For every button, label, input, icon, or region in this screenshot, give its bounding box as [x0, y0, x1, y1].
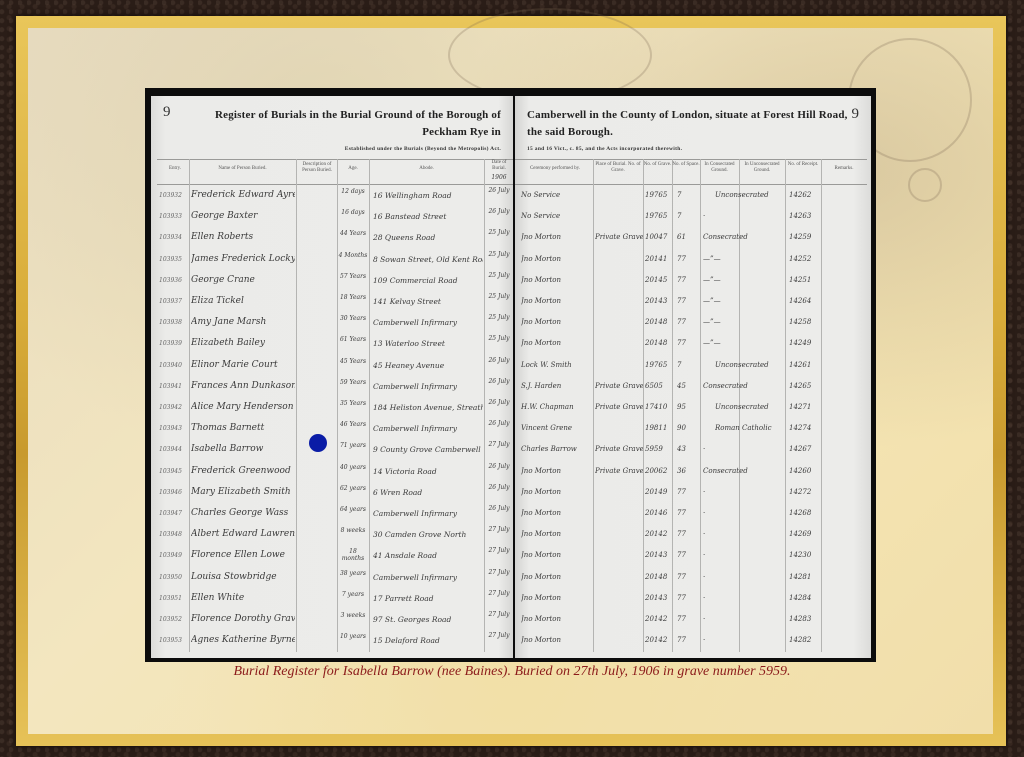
abode: 6 Wren Road [373, 488, 483, 497]
age: 64 years [338, 506, 368, 513]
register-book-scan: 9 Register of Burials in the Burial Grou… [145, 88, 876, 662]
space-number: 7 [677, 361, 699, 369]
space-number: 77 [677, 488, 699, 496]
ceremony-performed-by: Lock W. Smith [521, 361, 593, 369]
table-row: Jno Morton 20143 77 · 14284 [515, 589, 871, 608]
person-name: Louisa Stowbridge [191, 572, 295, 582]
abode: Camberwell Infirmary [373, 382, 483, 391]
table-row: Jno Morton 20142 77 · 14269 [515, 525, 871, 544]
ground-type: —”— [703, 318, 783, 326]
burial-date: 27 July [485, 632, 513, 640]
grave-number: 20143 [645, 551, 672, 559]
abode: Camberwell Infirmary [373, 509, 483, 518]
ground-type: Unconsecrated [715, 361, 795, 369]
ground-type: · [703, 488, 783, 496]
abode: 141 Kelvay Street [373, 297, 483, 306]
abode: 17 Parrett Road [373, 594, 483, 603]
person-name: Ellen White [191, 593, 295, 603]
ceremony-performed-by: Vincent Grene [521, 424, 593, 432]
ground-type: —”— [703, 276, 783, 284]
table-row: No Service 19765 7 · 14263 [515, 207, 871, 226]
person-name: Mary Elizabeth Smith [191, 487, 295, 497]
column-header-unconsecrated: In Unconsecrated Ground. [739, 162, 785, 174]
right-page: Camberwell in the County of London, situ… [515, 96, 871, 658]
receipt-number: 14230 [789, 551, 821, 559]
burial-date: 26 July [485, 357, 513, 365]
entry-number: 103953 [159, 637, 189, 644]
table-row: 103952 Florence Dorothy Graveman 3 weeks… [151, 610, 513, 629]
age: 62 years [338, 485, 368, 492]
entry-number: 103938 [159, 319, 189, 326]
place-of-burial: Private Grave [595, 233, 643, 241]
ground-type: —”— [703, 339, 783, 347]
ceremony-performed-by: Jno Morton [521, 615, 593, 623]
burial-date: 27 July [485, 590, 513, 598]
abode: 8 Sowan Street, Old Kent Road [373, 255, 483, 264]
entry-number: 103945 [159, 468, 189, 475]
age: 40 years [338, 464, 368, 471]
column-header-description: Description of Person Buried. [298, 162, 336, 174]
burial-date: 25 July [485, 229, 513, 237]
header-rule [515, 184, 867, 185]
burial-date: 26 July [485, 484, 513, 492]
column-header-remarks: Remarks. [821, 166, 867, 172]
table-row: Vincent Grene 19811 90 Roman Catholic 14… [515, 419, 871, 438]
grave-number: 19811 [645, 424, 672, 432]
burial-date: 27 July [485, 611, 513, 619]
space-number: 77 [677, 615, 699, 623]
table-row: 103936 George Crane 57 Years 109 Commerc… [151, 271, 513, 290]
table-row: 103933 George Baxter 16 days 16 Banstead… [151, 207, 513, 226]
grave-number: 20142 [645, 615, 672, 623]
ceremony-performed-by: Jno Morton [521, 467, 593, 475]
left-page: 9 Register of Burials in the Burial Grou… [151, 96, 513, 658]
column-header-grave: No. of Grave. [643, 162, 672, 168]
burial-date: 25 July [485, 335, 513, 343]
grave-number: 20062 [645, 467, 672, 475]
table-row: 103945 Frederick Greenwood 40 years 14 V… [151, 462, 513, 481]
abode: 97 St. Georges Road [373, 615, 483, 624]
space-number: 7 [677, 191, 699, 199]
receipt-number: 14260 [789, 467, 821, 475]
entry-number: 103939 [159, 340, 189, 347]
grave-number: 19765 [645, 212, 672, 220]
ground-type: —”— [703, 297, 783, 305]
person-name: Isabella Barrow [191, 444, 295, 454]
entry-number: 103940 [159, 362, 189, 369]
age: 35 Years [338, 400, 368, 407]
receipt-number: 14259 [789, 233, 821, 241]
table-row: S.J. Harden Private Grave 6505 45 Consec… [515, 377, 871, 396]
ceremony-performed-by: H.W. Chapman [521, 403, 593, 411]
abode: 9 County Grove Camberwell [373, 445, 483, 454]
person-name: Frederick Greenwood [191, 466, 295, 476]
receipt-number: 14283 [789, 615, 821, 623]
age: 38 years [338, 570, 368, 577]
abode: 184 Heliston Avenue, Streatham [373, 403, 483, 412]
table-row: H.W. Chapman Private Grave 17410 95 Unco… [515, 398, 871, 417]
burial-date: 27 July [485, 526, 513, 534]
abode: 14 Victoria Road [373, 467, 483, 476]
entry-number: 103952 [159, 616, 189, 623]
space-number: 77 [677, 573, 699, 581]
receipt-number: 14264 [789, 297, 821, 305]
ground-type: Unconsecrated [715, 191, 795, 199]
ceremony-performed-by: Jno Morton [521, 530, 593, 538]
receipt-number: 14272 [789, 488, 821, 496]
grave-number: 20141 [645, 255, 672, 263]
entry-number: 103942 [159, 404, 189, 411]
page-number: 9 [163, 104, 171, 121]
table-row: No Service 19765 7 Unconsecrated 14262 [515, 186, 871, 205]
space-number: 61 [677, 233, 699, 241]
ground-type: Consecrated [703, 233, 783, 241]
entry-number: 103932 [159, 192, 189, 199]
ceremony-performed-by: Jno Morton [521, 488, 593, 496]
grave-number: 20148 [645, 573, 672, 581]
header-rule [515, 159, 867, 160]
entry-number: 103941 [159, 383, 189, 390]
space-number: 77 [677, 636, 699, 644]
grave-number: 10047 [645, 233, 672, 241]
ground-type: Consecrated [703, 467, 783, 475]
abode: Camberwell Infirmary [373, 318, 483, 327]
grave-number: 6505 [645, 382, 672, 390]
person-name: George Crane [191, 275, 295, 285]
ceremony-performed-by: Jno Morton [521, 255, 593, 263]
age: 44 Years [338, 230, 368, 237]
person-name: Albert Edward Lawrence [191, 529, 295, 539]
table-row: Jno Morton 20148 77 —”— 14249 [515, 334, 871, 353]
ceremony-performed-by: Jno Morton [521, 276, 593, 284]
register-title-cont-line2: the said Borough. [527, 126, 613, 138]
age: 8 weeks [338, 527, 368, 534]
entry-number: 103944 [159, 446, 189, 453]
abode: 45 Heaney Avenue [373, 361, 483, 370]
table-row: Jno Morton 20148 77 · 14281 [515, 568, 871, 587]
ground-type: · [703, 530, 783, 538]
person-name: Charles George Wass [191, 508, 295, 518]
grave-number: 20145 [645, 276, 672, 284]
place-of-burial: Private Grave [595, 445, 643, 453]
column-header-ceremony: Ceremony performed by. [517, 166, 593, 172]
year-label: 1906 [485, 174, 513, 182]
burial-date: 26 July [485, 463, 513, 471]
person-name: Thomas Barnett [191, 423, 295, 433]
grave-number: 20143 [645, 297, 672, 305]
table-row: Jno Morton 20149 77 · 14272 [515, 483, 871, 502]
ceremony-performed-by: Jno Morton [521, 594, 593, 602]
space-number: 45 [677, 382, 699, 390]
decorative-swirl [908, 168, 942, 202]
person-name: Frances Ann Dunkason [191, 381, 295, 391]
space-number: 77 [677, 276, 699, 284]
burial-date: 27 July [485, 569, 513, 577]
table-row: Lock W. Smith 19765 7 Unconsecrated 1426… [515, 356, 871, 375]
person-name: Florence Dorothy Graveman [191, 614, 295, 624]
ceremony-performed-by: Jno Morton [521, 636, 593, 644]
abode: 28 Queens Road [373, 233, 483, 242]
table-row: 103940 Elinor Marie Court 45 Years 45 He… [151, 356, 513, 375]
ceremony-performed-by: Jno Morton [521, 339, 593, 347]
age: 30 Years [338, 315, 368, 322]
table-row: Jno Morton 20142 77 · 14283 [515, 610, 871, 629]
abode: Camberwell Infirmary [373, 573, 483, 582]
space-number: 77 [677, 297, 699, 305]
column-header-age: Age. [337, 166, 369, 172]
age: 4 Months [338, 252, 368, 259]
grave-number: 20143 [645, 594, 672, 602]
ground-type: Unconsecrated [715, 403, 795, 411]
burial-date: 26 July [485, 505, 513, 513]
space-number: 77 [677, 339, 699, 347]
receipt-number: 14274 [789, 424, 821, 432]
receipt-number: 14269 [789, 530, 821, 538]
table-row: 103934 Ellen Roberts 44 Years 28 Queens … [151, 228, 513, 247]
table-row: 103938 Amy Jane Marsh 30 Years Camberwel… [151, 313, 513, 332]
person-name: James Frederick Lockyer [191, 254, 295, 264]
burial-date: 25 July [485, 251, 513, 259]
ceremony-performed-by: No Service [521, 191, 593, 199]
grave-number: 20142 [645, 530, 672, 538]
burial-date: 26 July [485, 187, 513, 195]
table-row: 103951 Ellen White 7 years 17 Parrett Ro… [151, 589, 513, 608]
table-row: 103932 Frederick Edward Ayres 12 days 16… [151, 186, 513, 205]
person-name: Eliza Tickel [191, 296, 295, 306]
grave-number: 20142 [645, 636, 672, 644]
receipt-number: 14282 [789, 636, 821, 644]
person-name: Elizabeth Bailey [191, 338, 295, 348]
ceremony-performed-by: No Service [521, 212, 593, 220]
space-number: 95 [677, 403, 699, 411]
header-rule [157, 159, 513, 160]
person-name: Elinor Marie Court [191, 360, 295, 370]
space-number: 77 [677, 530, 699, 538]
entry-number: 103948 [159, 531, 189, 538]
table-row: 103947 Charles George Wass 64 years Camb… [151, 504, 513, 523]
person-name: Agnes Katherine Byrne [191, 635, 295, 645]
ceremony-performed-by: Charles Barrow [521, 445, 593, 453]
burial-date: 26 July [485, 208, 513, 216]
grave-number: 5959 [645, 445, 672, 453]
ground-type: Roman Catholic [715, 424, 795, 432]
table-row: 103953 Agnes Katherine Byrne 10 years 15… [151, 631, 513, 650]
ground-type: · [703, 594, 783, 602]
abode: 30 Camden Grove North [373, 530, 483, 539]
space-number: 36 [677, 467, 699, 475]
burial-date: 25 July [485, 293, 513, 301]
grave-number: 20149 [645, 488, 672, 496]
age: 46 Years [338, 421, 368, 428]
age: 7 years [338, 591, 368, 598]
ceremony-performed-by: Jno Morton [521, 551, 593, 559]
register-title-line1: Register of Burials in the Burial Ground… [215, 109, 501, 121]
person-name: George Baxter [191, 211, 295, 221]
entry-number: 103950 [159, 574, 189, 581]
column-header-space: No. of Space. [672, 162, 700, 168]
receipt-number: 14258 [789, 318, 821, 326]
space-number: 77 [677, 551, 699, 559]
space-number: 77 [677, 255, 699, 263]
age: 18 months [338, 548, 368, 562]
age: 10 years [338, 633, 368, 640]
receipt-number: 14268 [789, 509, 821, 517]
receipt-number: 14284 [789, 594, 821, 602]
entry-number: 103934 [159, 234, 189, 241]
register-act-reference: 15 and 16 Vict., c. 85, and the Acts inc… [527, 146, 682, 152]
table-row: 103941 Frances Ann Dunkason 59 Years Cam… [151, 377, 513, 396]
abode: 13 Waterloo Street [373, 339, 483, 348]
ground-type: —”— [703, 255, 783, 263]
ceremony-performed-by: Jno Morton [521, 297, 593, 305]
receipt-number: 14267 [789, 445, 821, 453]
table-row: Jno Morton 20143 77 · 14230 [515, 546, 871, 565]
age: 59 Years [338, 379, 368, 386]
space-number: 43 [677, 445, 699, 453]
receipt-number: 14271 [789, 403, 821, 411]
burial-date: 26 July [485, 378, 513, 386]
ceremony-performed-by: Jno Morton [521, 318, 593, 326]
receipt-number: 14252 [789, 255, 821, 263]
person-name: Amy Jane Marsh [191, 317, 295, 327]
column-header-consecrated: In Consecrated Ground. [700, 162, 739, 174]
receipt-number: 14249 [789, 339, 821, 347]
burial-date: 26 July [485, 420, 513, 428]
abode: 16 Banstead Street [373, 212, 483, 221]
table-row: 103946 Mary Elizabeth Smith 62 years 6 W… [151, 483, 513, 502]
grave-number: 20146 [645, 509, 672, 517]
space-number: 77 [677, 509, 699, 517]
space-number: 77 [677, 318, 699, 326]
page-number: 9 [852, 106, 860, 123]
table-row: Jno Morton 20146 77 · 14268 [515, 504, 871, 523]
table-row: Jno Morton Private Grave 20062 36 Consec… [515, 462, 871, 481]
age: 71 years [338, 442, 368, 449]
header-rule [157, 184, 513, 185]
ground-type: · [703, 445, 783, 453]
entry-number: 103951 [159, 595, 189, 602]
table-row: 103939 Elizabeth Bailey 61 Years 13 Wate… [151, 334, 513, 353]
receipt-number: 14261 [789, 361, 821, 369]
table-row: 103935 James Frederick Lockyer 4 Months … [151, 250, 513, 269]
place-of-burial: Private Grave [595, 382, 643, 390]
table-row: 103948 Albert Edward Lawrence 8 weeks 30… [151, 525, 513, 544]
highlight-marker-dot [309, 434, 327, 452]
table-row: 103942 Alice Mary Henderson 35 Years 184… [151, 398, 513, 417]
receipt-number: 14262 [789, 191, 821, 199]
age: 45 Years [338, 358, 368, 365]
abode: 41 Ansdale Road [373, 551, 483, 560]
space-number: 77 [677, 594, 699, 602]
receipt-number: 14281 [789, 573, 821, 581]
burial-date: 27 July [485, 441, 513, 449]
entry-number: 103936 [159, 277, 189, 284]
ground-type: · [703, 615, 783, 623]
column-header-date: Date of Burial. [485, 160, 513, 172]
abode: 15 Delaford Road [373, 636, 483, 645]
column-header-abode: Abode. [369, 166, 484, 172]
age: 61 Years [338, 336, 368, 343]
burial-date: 26 July [485, 399, 513, 407]
burial-date: 27 July [485, 547, 513, 555]
grave-number: 20148 [645, 339, 672, 347]
column-header-entry: Entry. [161, 166, 189, 172]
table-row: 103937 Eliza Tickel 18 Years 141 Kelvay … [151, 292, 513, 311]
ground-type: · [703, 573, 783, 581]
age: 12 days [338, 188, 368, 195]
ground-type: · [703, 212, 783, 220]
register-title-cont-line1: Camberwell in the County of London, situ… [527, 109, 848, 121]
grave-number: 17410 [645, 403, 672, 411]
register-title-line2: Peckham Rye in [422, 126, 501, 138]
entry-number: 103949 [159, 552, 189, 559]
ground-type: · [703, 636, 783, 644]
ceremony-performed-by: Jno Morton [521, 233, 593, 241]
age: 3 weeks [338, 612, 368, 619]
person-name: Florence Ellen Lowe [191, 550, 295, 560]
person-name: Frederick Edward Ayres [191, 190, 295, 200]
table-row: 103943 Thomas Barnett 46 Years Camberwel… [151, 419, 513, 438]
receipt-number: 14263 [789, 212, 821, 220]
ground-type: · [703, 551, 783, 559]
ground-type: Consecrated [703, 382, 783, 390]
receipt-number: 14251 [789, 276, 821, 284]
abode: 109 Commercial Road [373, 276, 483, 285]
grave-number: 19765 [645, 191, 672, 199]
age: 16 days [338, 209, 368, 216]
entry-number: 103933 [159, 213, 189, 220]
ceremony-performed-by: Jno Morton [521, 573, 593, 581]
grave-number: 19765 [645, 361, 672, 369]
image-caption: Burial Register for Isabella Barrow (nee… [0, 664, 1024, 680]
table-row: Jno Morton 20145 77 —”— 14251 [515, 271, 871, 290]
age: 57 Years [338, 273, 368, 280]
receipt-number: 14265 [789, 382, 821, 390]
ceremony-performed-by: Jno Morton [521, 509, 593, 517]
person-name: Ellen Roberts [191, 232, 295, 242]
table-row: Jno Morton 20148 77 —”— 14258 [515, 313, 871, 332]
place-of-burial: Private Grave [595, 403, 643, 411]
entry-number: 103943 [159, 425, 189, 432]
table-row: 103944 Isabella Barrow 71 years 9 County… [151, 440, 513, 459]
entry-number: 103937 [159, 298, 189, 305]
table-row: Jno Morton 20143 77 —”— 14264 [515, 292, 871, 311]
ceremony-performed-by: S.J. Harden [521, 382, 593, 390]
table-row: 103949 Florence Ellen Lowe 18 months 41 … [151, 546, 513, 565]
table-row: Jno Morton 20141 77 —”— 14252 [515, 250, 871, 269]
register-subtitle: Established under the Burials (Beyond th… [345, 146, 501, 152]
ground-type: · [703, 509, 783, 517]
column-header-name: Name of Person Buried. [189, 166, 296, 172]
entry-number: 103935 [159, 256, 189, 263]
column-header-receipt: No. of Receipt. [785, 162, 821, 168]
entry-number: 103946 [159, 489, 189, 496]
burial-date: 25 July [485, 272, 513, 280]
abode: 16 Wellingham Road [373, 191, 483, 200]
place-of-burial: Private Grave [595, 467, 643, 475]
burial-date: 25 July [485, 314, 513, 322]
entry-number: 103947 [159, 510, 189, 517]
space-number: 90 [677, 424, 699, 432]
table-row: Jno Morton 20142 77 · 14282 [515, 631, 871, 650]
table-row: 103950 Louisa Stowbridge 38 years Camber… [151, 568, 513, 587]
column-header-place: Place of Burial. No. of Grave. [595, 162, 641, 174]
person-name: Alice Mary Henderson [191, 402, 295, 412]
table-row: Charles Barrow Private Grave 5959 43 · 1… [515, 440, 871, 459]
space-number: 7 [677, 212, 699, 220]
abode: Camberwell Infirmary [373, 424, 483, 433]
grave-number: 20148 [645, 318, 672, 326]
